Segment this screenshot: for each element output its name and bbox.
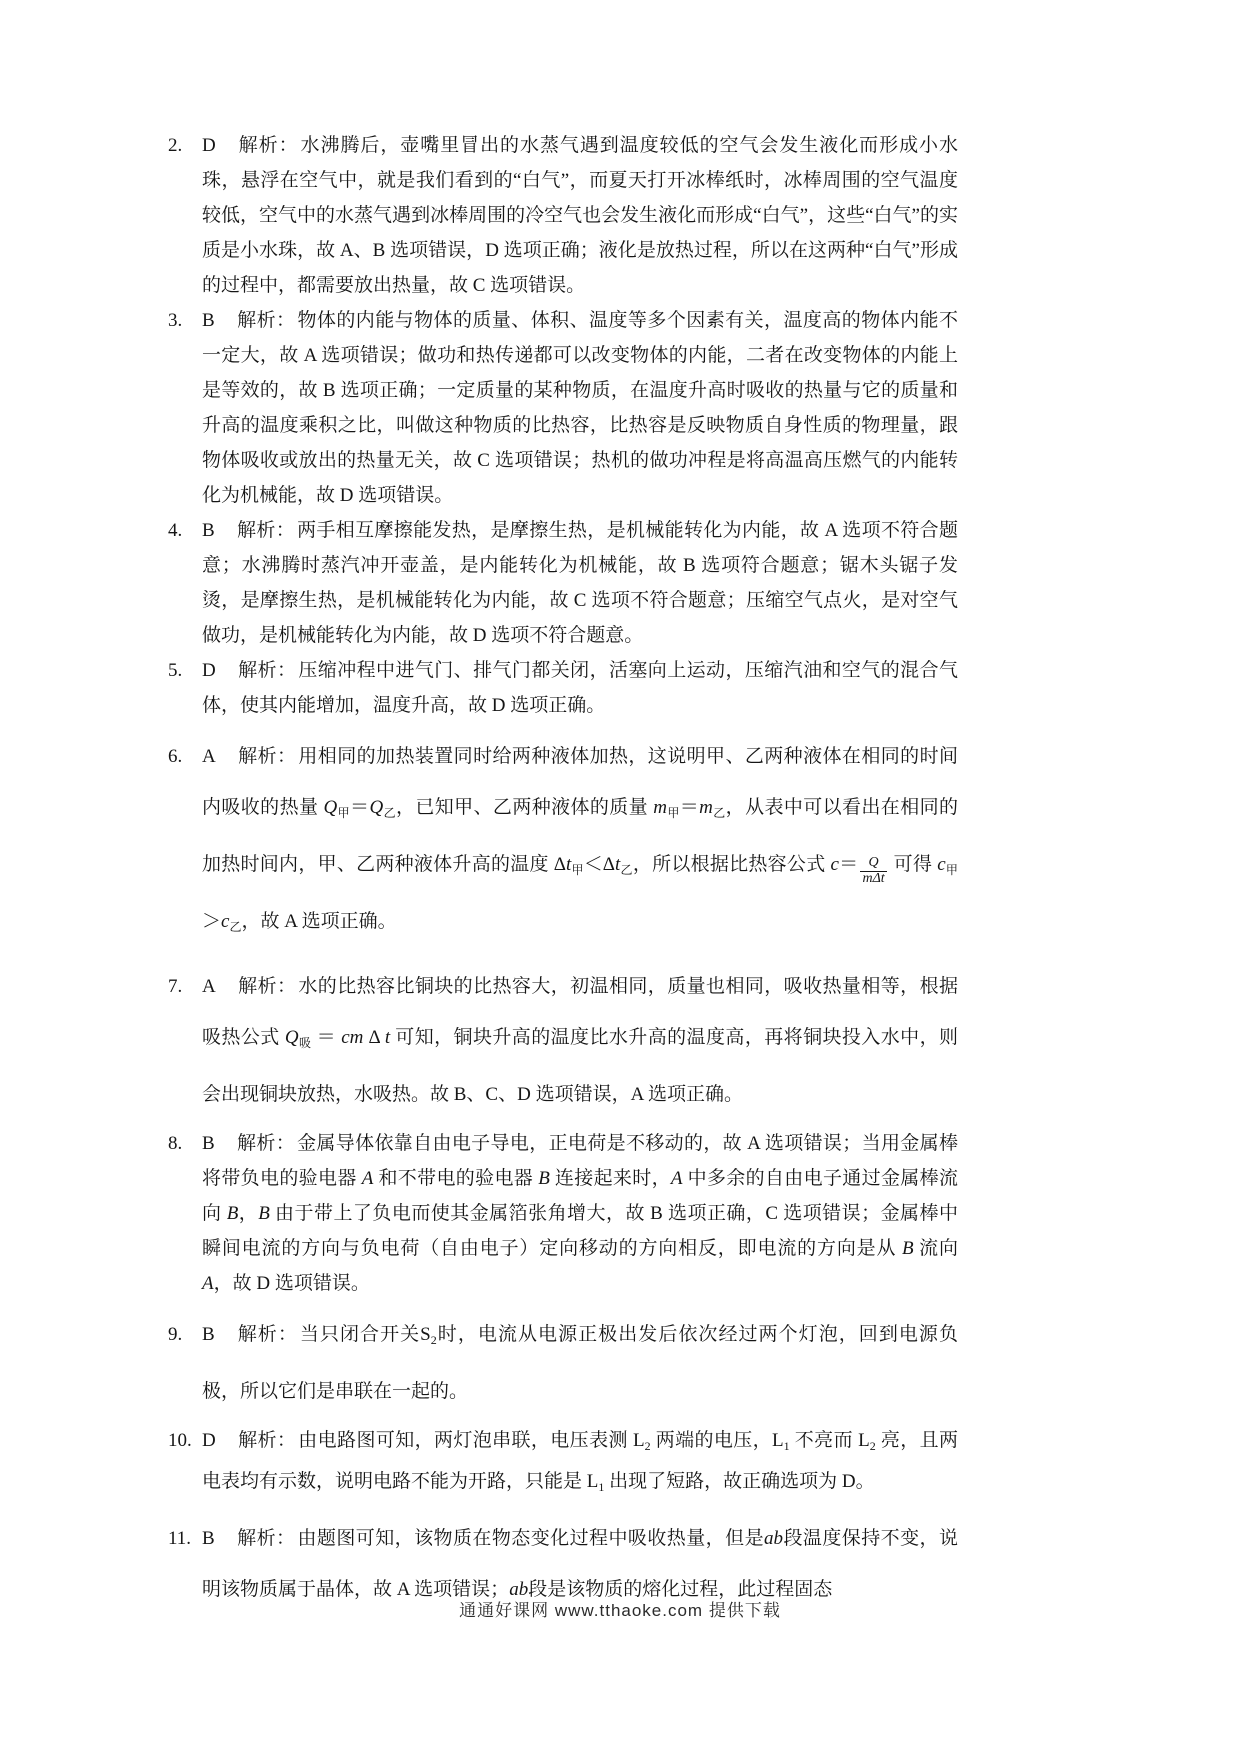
- text-run: 甲: [337, 806, 350, 820]
- text-run: 由电路图可知，两灯泡串联，电压表测 L: [298, 1430, 644, 1451]
- item-answer-letter: B: [202, 520, 215, 541]
- answer-item: 5. D解析：压缩冲程中进气门、排气门都关闭，活塞向上运动，压缩汽油和空气的混合…: [168, 653, 958, 723]
- item-number: 11.: [168, 1513, 202, 1564]
- item-explanation-text: 水的比热容比铜块的比热容大，初温相同，质量也相同，吸收热量相等，根据吸热公式 Q…: [202, 976, 958, 1105]
- item-label: 解析：: [237, 520, 295, 541]
- fraction: QmΔt: [860, 856, 886, 886]
- text-run: 连接起来时，: [550, 1168, 671, 1189]
- item-explanation-text: 物体的内能与物体的质量、体积、温度等多个因素有关，温度高的物体内能不一定大，故 …: [202, 310, 958, 506]
- text-run: cm: [341, 1027, 363, 1048]
- item-number: 3.: [168, 303, 202, 338]
- text-run: 水沸腾后，壶嘴里冒出的水蒸气遇到温度较低的空气会发生液化而形成小水珠，悬浮在空气…: [202, 135, 958, 296]
- text-run: 物体的内能与物体的质量、体积、温度等多个因素有关，温度高的物体内能不一定大，故 …: [202, 310, 958, 506]
- text-run: A: [362, 1168, 374, 1189]
- text-run: 乙: [229, 920, 241, 934]
- text-run: ＞: [202, 911, 221, 932]
- answer-item: 8. B解析：金属导体依靠自由电子导电，正电荷是不移动的，故 A 选项错误；当用…: [168, 1126, 958, 1301]
- text-run: 乙: [713, 806, 726, 820]
- answer-item: 7. A解析：水的比热容比铜块的比热容大，初温相同，质量也相同，吸收热量相等，根…: [168, 961, 958, 1120]
- footer-text: 通通好课网 www.tthaoke.com 提供下载: [459, 1601, 781, 1620]
- item-label: 解析：: [237, 310, 296, 331]
- item-explanation-text: 金属导体依靠自由电子导电，正电荷是不移动的，故 A 选项错误；当用金属棒将带负电…: [202, 1133, 958, 1294]
- text-run: ，故 A 选项正确。: [241, 911, 396, 932]
- text-run: B: [258, 1203, 270, 1224]
- text-run: c: [830, 854, 838, 875]
- text-run: B: [227, 1203, 239, 1224]
- item-explanation-text: 水沸腾后，壶嘴里冒出的水蒸气遇到温度较低的空气会发生液化而形成小水珠，悬浮在空气…: [202, 135, 958, 296]
- text-run: 甲: [667, 806, 680, 820]
- text-run: ，故 D 选项错误。: [214, 1273, 370, 1294]
- item-body: D解析：压缩冲程中进气门、排气门都关闭，活塞向上运动，压缩汽油和空气的混合气体，…: [202, 653, 958, 723]
- item-answer-letter: D: [202, 1430, 216, 1451]
- text-run: 出现了短路，故正确选项为 D。: [604, 1471, 874, 1492]
- item-explanation-text: 由电路图可知，两灯泡串联，电压表测 L2 两端的电压，L1 不亮而 L2 亮，且…: [202, 1430, 958, 1492]
- item-label: 解析：: [238, 746, 297, 767]
- item-label: 解析：: [238, 1430, 297, 1451]
- item-label: 解析：: [237, 1528, 296, 1549]
- item-number: 2.: [168, 128, 202, 163]
- answer-item: 10. D解析：由电路图可知，两灯泡串联，电压表测 L2 两端的电压，L1 不亮…: [168, 1423, 958, 1505]
- text-run: ，: [238, 1203, 258, 1224]
- answer-item: 3. B解析：物体的内能与物体的质量、体积、温度等多个因素有关，温度高的物体内能…: [168, 303, 958, 513]
- text-run: 乙: [620, 863, 633, 877]
- text-run: 甲: [946, 863, 958, 877]
- item-body: D解析：水沸腾后，壶嘴里冒出的水蒸气遇到温度较低的空气会发生液化而形成小水珠，悬…: [202, 128, 958, 303]
- text-run: ＜Δ: [584, 854, 615, 875]
- item-explanation-text: 由题图可知，该物质在物态变化过程中吸收热量，但是ab段温度保持不变，说明该物质属…: [202, 1528, 958, 1600]
- text-run: ＝: [350, 797, 369, 818]
- item-explanation-text: 用相同的加热装置同时给两种液体加热，这说明甲、乙两种液体在相同的时间内吸收的热量…: [202, 746, 958, 932]
- answer-item: 9. B解析：当只闭合开关S2时，电流从电源正极出发后依次经过两个灯泡，回到电源…: [168, 1309, 958, 1417]
- item-answer-letter: B: [202, 1133, 215, 1154]
- text-run: ，所以根据比热容公式: [633, 854, 831, 875]
- item-label: 解析：: [238, 976, 297, 997]
- text-run: 和不带电的验电器: [373, 1168, 538, 1189]
- fraction-numerator: Q: [860, 856, 886, 872]
- item-number: 9.: [168, 1309, 202, 1360]
- item-label: 解析：: [238, 660, 297, 681]
- text-run: 流向: [914, 1238, 958, 1259]
- text-run: 不亮而 L: [790, 1430, 870, 1451]
- text-run: Q: [324, 797, 338, 818]
- item-explanation-text: 压缩冲程中进气门、排气门都关闭，活塞向上运动，压缩汽油和空气的混合气体，使其内能…: [202, 660, 958, 716]
- item-number: 4.: [168, 513, 202, 548]
- item-body: A解析：水的比热容比铜块的比热容大，初温相同，质量也相同，吸收热量相等，根据吸热…: [202, 961, 958, 1120]
- item-body: B解析：两手相互摩擦能发热，是摩擦生热，是机械能转化为内能，故 A 选项不符合题…: [202, 513, 958, 653]
- item-number: 7.: [168, 961, 202, 1012]
- text-run: m: [653, 797, 667, 818]
- text-run: c: [937, 854, 945, 875]
- text-run: 由于带上了负电而使其金属箔张角增大，故 B 选项正确，C 选项错误；金属棒中瞬间…: [202, 1203, 958, 1259]
- item-body: A解析：用相同的加热装置同时给两种液体加热，这说明甲、乙两种液体在相同的时间内吸…: [202, 731, 958, 953]
- text-run: 压缩冲程中进气门、排气门都关闭，活塞向上运动，压缩汽油和空气的混合气体，使其内能…: [202, 660, 958, 716]
- text-run: ＝: [311, 1027, 341, 1048]
- text-run: Δ: [363, 1027, 385, 1048]
- text-run: B: [902, 1238, 914, 1259]
- answer-list: 2. D解析：水沸腾后，壶嘴里冒出的水蒸气遇到温度较低的空气会发生液化而形成小水…: [168, 128, 958, 1621]
- page-footer: 通通好课网 www.tthaoke.com 提供下载: [0, 1596, 1240, 1621]
- text-run: ＝: [839, 854, 859, 875]
- text-run: A: [202, 1273, 214, 1294]
- text-run: m: [699, 797, 713, 818]
- item-body: B解析：当只闭合开关S2时，电流从电源正极出发后依次经过两个灯泡，回到电源负极，…: [202, 1309, 958, 1417]
- item-number: 10.: [168, 1423, 202, 1458]
- item-number: 8.: [168, 1126, 202, 1161]
- text-run: B: [538, 1168, 550, 1189]
- text-run: Q: [285, 1027, 299, 1048]
- item-answer-letter: B: [202, 1324, 215, 1345]
- text-run: 甲: [571, 863, 584, 877]
- text-run: ab: [764, 1528, 783, 1549]
- text-run: A: [671, 1168, 683, 1189]
- item-number: 5.: [168, 653, 202, 688]
- item-body: D解析：由电路图可知，两灯泡串联，电压表测 L2 两端的电压，L1 不亮而 L2…: [202, 1423, 958, 1505]
- item-answer-letter: A: [202, 976, 216, 997]
- item-answer-letter: A: [202, 746, 216, 767]
- text-run: 两手相互摩擦能发热，是摩擦生热，是机械能转化为内能，故 A 选项不符合题意；水沸…: [202, 520, 958, 646]
- item-number: 6.: [168, 731, 202, 782]
- text-run: 乙: [383, 806, 396, 820]
- item-label: 解析：: [237, 1133, 295, 1154]
- answer-item: 2. D解析：水沸腾后，壶嘴里冒出的水蒸气遇到温度较低的空气会发生液化而形成小水…: [168, 128, 958, 303]
- item-answer-letter: D: [202, 135, 216, 156]
- answer-item: 4. B解析：两手相互摩擦能发热，是摩擦生热，是机械能转化为内能，故 A 选项不…: [168, 513, 958, 653]
- text-run: ＝: [680, 797, 699, 818]
- text-run: ，已知甲、乙两种液体的质量: [396, 797, 653, 818]
- item-answer-letter: B: [202, 310, 215, 331]
- item-label: 解析：: [238, 135, 299, 156]
- item-body: B解析：金属导体依靠自由电子导电，正电荷是不移动的，故 A 选项错误；当用金属棒…: [202, 1126, 958, 1301]
- text-run: 当只闭合开关S: [300, 1324, 431, 1345]
- text-run: 由题图可知，该物质在物态变化过程中吸收热量，但是: [297, 1528, 764, 1549]
- text-run: 可得: [889, 854, 938, 875]
- text-run: Q: [369, 797, 383, 818]
- text-run: 两端的电压，L: [651, 1430, 784, 1451]
- text-run: 吸: [299, 1036, 312, 1050]
- item-answer-letter: B: [202, 1528, 215, 1549]
- item-explanation-text: 两手相互摩擦能发热，是摩擦生热，是机械能转化为内能，故 A 选项不符合题意；水沸…: [202, 520, 958, 646]
- item-explanation-text: 当只闭合开关S2时，电流从电源正极出发后依次经过两个灯泡，回到电源负极，所以它们…: [202, 1324, 958, 1402]
- item-label: 解析：: [237, 1324, 298, 1345]
- item-answer-letter: D: [202, 660, 216, 681]
- item-body: B解析：物体的内能与物体的质量、体积、温度等多个因素有关，温度高的物体内能不一定…: [202, 303, 958, 513]
- answer-item: 6. A解析：用相同的加热装置同时给两种液体加热，这说明甲、乙两种液体在相同的时…: [168, 731, 958, 953]
- fraction-denominator: mΔt: [860, 872, 886, 887]
- document-page: 2. D解析：水沸腾后，壶嘴里冒出的水蒸气遇到温度较低的空气会发生液化而形成小水…: [0, 0, 1240, 1754]
